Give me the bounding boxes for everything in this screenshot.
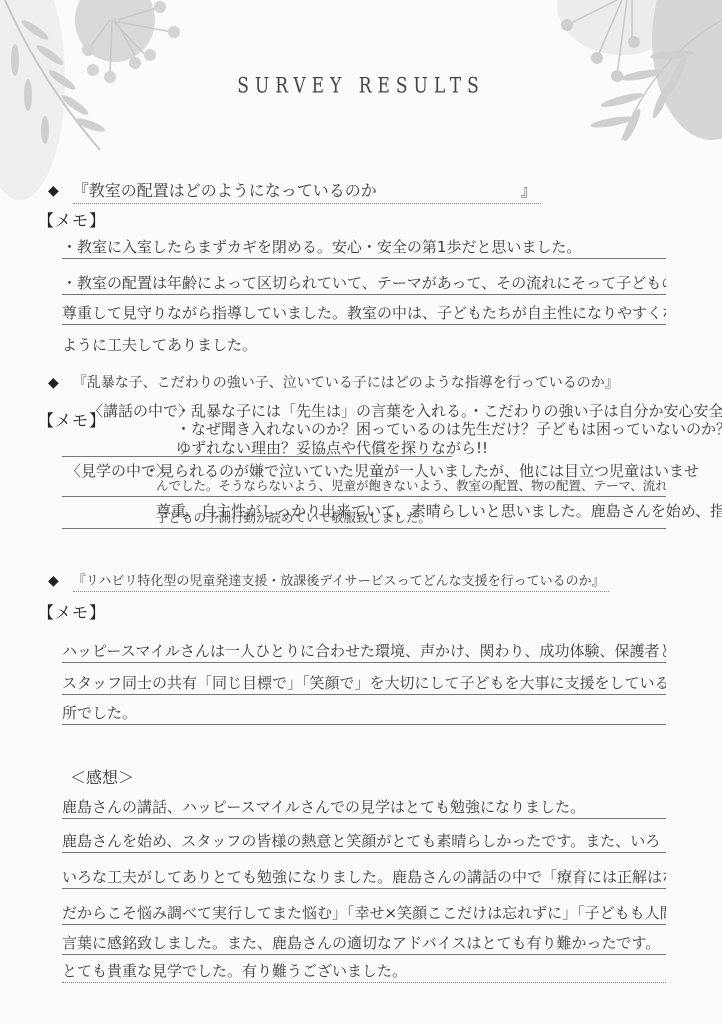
diamond-bullet-icon: ◆ bbox=[48, 375, 59, 391]
question-3: ◆ 『リハビリ特化型の児童発達支援・放課後デイサービスってどんな支援を行っている… bbox=[48, 570, 609, 592]
question-2: ◆ 『乱暴な子、こだわりの強い子、泣いている子にはどのような指導を行っているのか… bbox=[48, 372, 623, 394]
impressions-line: 鹿島さんの講話、ハッピースマイルさんでの見学はとても勉強になりました。 bbox=[62, 796, 666, 819]
visit-line: んでした。そうならないよう、児童が飽きないよう、教室の配置、物の配置、テーマ、流… bbox=[62, 476, 666, 497]
floral-decoration-left-icon bbox=[0, 0, 200, 200]
question-text: 『リハビリ特化型の児童発達支援・放課後デイサービスってどんな支援を行っているのか… bbox=[73, 570, 609, 592]
memo-line: ハッピースマイルさんは一人ひとりに合わせた環境、声かけ、関わり、成功体験、保護者… bbox=[62, 640, 666, 663]
memo-line: 所でした。 bbox=[62, 702, 666, 725]
memo-line: ・教室に入室したらまずカギを閉める。安心・安全の第1歩だと思いました。 bbox=[62, 236, 666, 259]
memo-line: スタッフ同士の共有「同じ目標で」「笑顔で」を大切にして子どもを大事に支援をしてい… bbox=[62, 672, 666, 695]
memo-line: ように工夫してありました。 bbox=[62, 334, 257, 355]
memo-label: 【メモ】 bbox=[38, 600, 106, 623]
memo-label: 【メモ】 bbox=[38, 208, 106, 231]
rule bbox=[62, 436, 452, 457]
question-text: 『教室の配置はどのようになっているのか 』 bbox=[73, 178, 541, 204]
impressions-line: とても貴重な見学でした。有り難うございました。 bbox=[62, 960, 666, 983]
memo-line: ・教室の配置は年齢によって区切られていて、テーマがあって、その流れにそって子ども… bbox=[62, 272, 666, 295]
question-text: 『乱暴な子、こだわりの強い子、泣いている子にはどのような指導を行っているのか』 bbox=[73, 372, 623, 394]
question-1: ◆ 『教室の配置はどのようになっているのか 』 bbox=[48, 178, 541, 204]
diamond-bullet-icon: ◆ bbox=[48, 573, 59, 589]
diamond-bullet-icon: ◆ bbox=[48, 183, 59, 199]
page-title: SURVEY RESULTS bbox=[0, 76, 722, 96]
impressions-line: だからこそ悩み調べて実行してまた悩む」「幸せ×笑顔ここだけは忘れずに」「子どもも… bbox=[62, 902, 666, 925]
impressions-line: 言葉に感銘致しました。また、鹿島さんの適切なアドバイスはとても有り難かったです。 bbox=[62, 932, 666, 955]
impressions-line: いろな工夫がしてありとても勉強になりました。鹿島さんの講話の中で「療育には正解は… bbox=[62, 866, 666, 889]
visit-line: 子どもの予測行動が読めていて敬服致しました。 bbox=[62, 508, 666, 529]
impressions-label: ＜感想＞ bbox=[70, 765, 134, 788]
impressions-line: 鹿島さんを始め、スタッフの皆様の熱意と笑顔がとても素晴らしかったです。また、いろ bbox=[62, 830, 666, 853]
memo-line: 尊重して見守りながら指導していました。教室の中は、子どもたちが自主性になりやすく… bbox=[62, 302, 666, 325]
